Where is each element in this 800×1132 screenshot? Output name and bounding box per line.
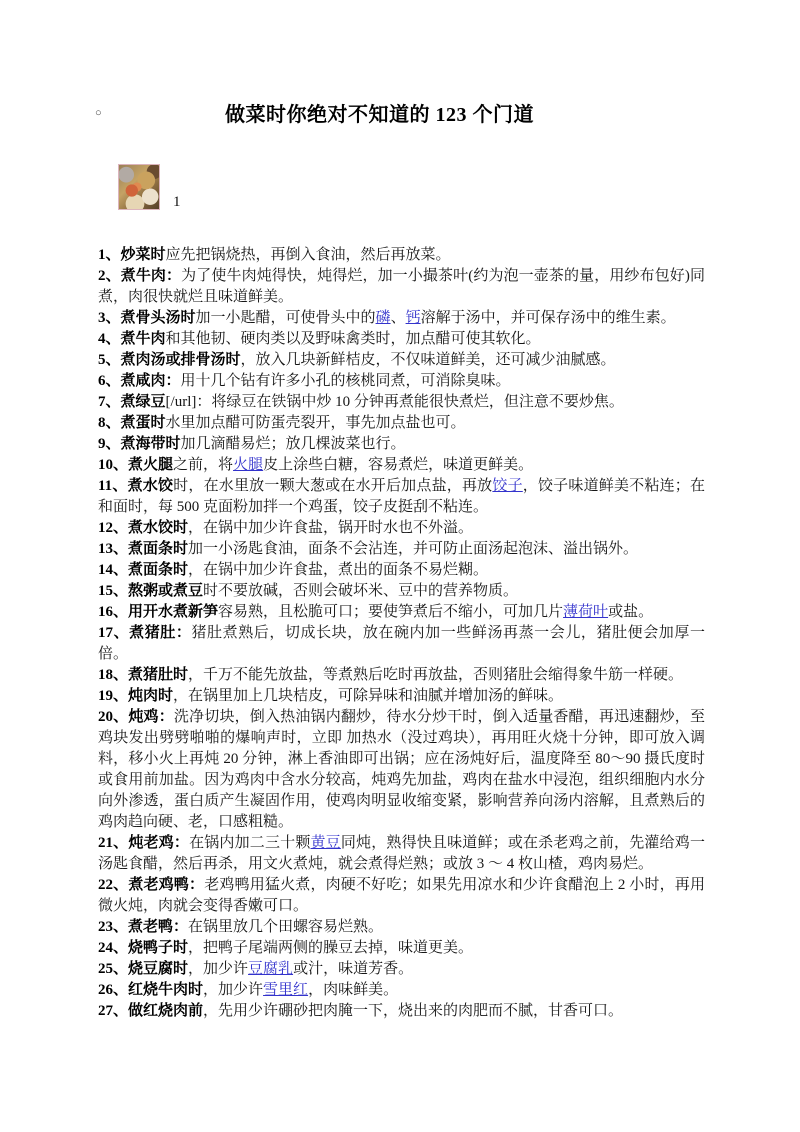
item-text: 为了使牛肉炖得快，炖得烂，加一小撮茶叶(约为泡一壶茶的量，用纱布包好)同煮，肉很…: [98, 268, 705, 305]
list-item: 25、烧豆腐时，加少许豆腐乳或汁，味道芳香。: [98, 959, 705, 980]
list-bullet-icon: ○: [95, 108, 102, 119]
item-keyword: 煮猪肚：: [129, 625, 191, 641]
list-item: 13、煮面条时加一小汤匙食油，面条不会沾连，并可防止面汤起泡沫、溢出锅外。: [98, 539, 705, 560]
item-text: 加一小匙醋，可使骨头中的: [196, 310, 376, 326]
item-number: 27、: [98, 1003, 128, 1019]
item-number: 2、: [98, 268, 121, 284]
item-keyword: 煮海带时: [121, 436, 181, 452]
item-number: 12、: [98, 520, 128, 536]
item-keyword: 煮老鸡鸭：: [128, 877, 204, 893]
item-number: 14、: [98, 562, 128, 578]
list-item: 9、煮海带时加几滴醋易烂；放几棵波菜也行。: [98, 434, 705, 455]
item-keyword: 做红烧肉前: [128, 1003, 203, 1019]
item-number: 21、: [98, 835, 128, 851]
inline-link[interactable]: 豆腐乳: [248, 961, 293, 977]
item-text: [/url]：将绿豆在铁锅中炒 10 分钟再煮能很快煮烂，但注意不要炒焦。: [166, 394, 624, 410]
item-text: 应先把锅烧热，再倒入食油，然后再放菜。: [166, 247, 451, 263]
list-item: 22、煮老鸡鸭：老鸡鸭用猛火煮，肉硬不好吃；如果先用凉水和少许食醋泡上 2 小时…: [98, 875, 705, 917]
item-text: 或汁，味道芳香。: [293, 961, 413, 977]
item-number: 10、: [98, 457, 128, 473]
item-text: 在锅里放几个田螺容易烂熟。: [188, 919, 383, 935]
list-item: 18、煮猪肚时，千万不能先放盐，等煮熟后吃时再放盐，否则猪肚会缩得象牛筋一样硬。: [98, 665, 705, 686]
item-number: 8、: [98, 415, 121, 431]
list-item: 14、煮面条时，在锅中加少许食盐，煮出的面条不易烂糊。: [98, 560, 705, 581]
item-text: 容易熟，且松脆可口；要使笋煮后不缩小，可加几片: [218, 604, 563, 620]
item-text: 溶解于汤中，并可保存汤中的维生素。: [421, 310, 676, 326]
inline-link[interactable]: 雪里红: [263, 982, 308, 998]
item-text: 之前，将: [173, 457, 233, 473]
list-item: 23、煮老鸭：在锅里放几个田螺容易烂熟。: [98, 917, 705, 938]
item-text: ，在锅中加少许食盐，锅开时水也不外溢。: [188, 520, 473, 536]
list-item: 24、烧鸭子时，把鸭子尾端两侧的臊豆去掉，味道更美。: [98, 938, 705, 959]
item-text: 、: [391, 310, 406, 326]
item-text: ，先用少许硼砂把肉腌一下，烧出来的肉肥而不腻，甘香可口。: [203, 1003, 623, 1019]
item-number: 25、: [98, 961, 128, 977]
item-number: 1、: [98, 247, 121, 263]
item-keyword: 煮水饺: [128, 478, 174, 494]
list-item: 26、红烧牛肉时，加少许雪里红，肉味鲜美。: [98, 980, 705, 1001]
inline-link[interactable]: 火腿: [233, 457, 263, 473]
inline-link[interactable]: 黄豆: [311, 835, 341, 851]
item-text: ，加少许: [203, 982, 263, 998]
item-keyword: 炖老鸡：: [128, 835, 189, 851]
figure-block: 1: [118, 162, 800, 210]
list-item: 7、煮绿豆[/url]：将绿豆在铁锅中炒 10 分钟再煮能很快煮烂，但注意不要炒…: [98, 392, 705, 413]
item-keyword: 炖肉时: [128, 688, 173, 704]
list-item: 15、熬粥或煮豆时不要放碱，否则会破坏米、豆中的营养物质。: [98, 581, 705, 602]
item-text: 加几滴醋易烂；放几棵波菜也行。: [181, 436, 406, 452]
item-number: 15、: [98, 583, 128, 599]
item-keyword: 煮水饺时: [128, 520, 188, 536]
list-item: 3、煮骨头汤时加一小匙醋，可使骨头中的磷、钙溶解于汤中，并可保存汤中的维生素。: [98, 308, 705, 329]
item-number: 5、: [98, 352, 121, 368]
item-keyword: 煮绿豆: [121, 394, 166, 410]
item-text: ，千万不能先放盐，等煮熟后吃时再放盐，否则猪肚会缩得象牛筋一样硬。: [188, 667, 683, 683]
figure-caption: 1: [173, 195, 181, 210]
item-keyword: 煮牛肉：: [121, 268, 181, 284]
item-number: 9、: [98, 436, 121, 452]
item-text: 皮上涂些白糖，容易煮烂，味道更鲜美。: [263, 457, 533, 473]
list-item: 11、煮水饺时，在水里放一颗大葱或在水开后加点盐，再放饺子，饺子味道鲜美不粘连；…: [98, 476, 705, 518]
list-item: 17、煮猪肚：猪肚煮熟后，切成长块，放在碗内加一些鲜汤再蒸一会儿，猪肚便会加厚一…: [98, 623, 705, 665]
item-number: 18、: [98, 667, 128, 683]
item-keyword: 用开水煮新笋: [128, 604, 218, 620]
list-item: 20、炖鸡：洗净切块，倒入热油锅内翻炒，待水分炒干时，倒入适量香醋，再迅速翻炒，…: [98, 707, 705, 833]
item-number: 7、: [98, 394, 121, 410]
item-number: 26、: [98, 982, 128, 998]
item-text: ，在锅里加上几块桔皮，可除异味和油腻并增加汤的鲜味。: [173, 688, 563, 704]
item-text: 洗净切块，倒入热油锅内翻炒，待水分炒干时，倒入适量香醋，再迅速翻炒，至鸡块发出劈…: [98, 709, 705, 830]
item-text: 和其他韧、硬肉类以及野味禽类时，加点醋可使其软化。: [166, 331, 541, 347]
item-text: 加一小汤匙食油，面条不会沾连，并可防止面汤起泡沫、溢出锅外。: [188, 541, 638, 557]
item-number: 20、: [98, 709, 128, 725]
item-keyword: 煮猪肚时: [128, 667, 188, 683]
item-number: 13、: [98, 541, 128, 557]
list-item: 5、煮肉汤或排骨汤时，放入几块新鲜桔皮，不仅味道鲜美，还可减少油腻感。: [98, 350, 705, 371]
list-item: 10、煮火腿之前，将火腿皮上涂些白糖，容易煮烂，味道更鲜美。: [98, 455, 705, 476]
item-keyword: 煮面条时: [128, 541, 188, 557]
item-number: 23、: [98, 919, 128, 935]
item-number: 17、: [98, 625, 129, 641]
item-number: 22、: [98, 877, 128, 893]
item-text: ，在锅中加少许食盐，煮出的面条不易烂糊。: [188, 562, 488, 578]
item-keyword: 煮面条时: [128, 562, 188, 578]
item-keyword: 煮肉汤或排骨汤时: [121, 352, 241, 368]
item-text: 用十几个钻有许多小孔的核桃同煮，可消除臭味。: [181, 373, 511, 389]
page-title: 做菜时你绝对不知道的 123 个门道: [225, 0, 800, 128]
item-number: 4、: [98, 331, 121, 347]
food-photo-thumbnail: [118, 164, 160, 210]
item-text: 时，在水里放一颗大葱或在水开后加点盐，再放: [173, 478, 492, 494]
item-text: 或盐。: [608, 604, 653, 620]
item-number: 6、: [98, 373, 121, 389]
item-text: 时不要放碱，否则会破坏米、豆中的营养物质。: [203, 583, 518, 599]
item-keyword: 烧豆腐时: [128, 961, 188, 977]
list-item: 8、煮蛋时水里加点醋可防蛋壳裂开，事先加点盐也可。: [98, 413, 705, 434]
inline-link[interactable]: 薄荷叶: [563, 604, 608, 620]
item-text: 水里加点醋可防蛋壳裂开，事先加点盐也可。: [166, 415, 466, 431]
list-item: 21、炖老鸡：在锅内加二三十颗黄豆同炖，熟得快且味道鲜；或在杀老鸡之前，先灌给鸡…: [98, 833, 705, 875]
list-item: 12、煮水饺时，在锅中加少许食盐，锅开时水也不外溢。: [98, 518, 705, 539]
item-keyword: 烧鸭子时: [128, 940, 188, 956]
item-keyword: 煮蛋时: [121, 415, 166, 431]
inline-link[interactable]: 磷: [376, 310, 391, 326]
item-text: ，放入几块新鲜桔皮，不仅味道鲜美，还可减少油腻感。: [241, 352, 616, 368]
list-item: 4、煮牛肉和其他韧、硬肉类以及野味禽类时，加点醋可使其软化。: [98, 329, 705, 350]
list-item: 2、煮牛肉：为了使牛肉炖得快，炖得烂，加一小撮茶叶(约为泡一壶茶的量，用纱布包好…: [98, 266, 705, 308]
item-number: 24、: [98, 940, 128, 956]
document-page: ○ 做菜时你绝对不知道的 123 个门道 1 1、炒菜时应先把锅烧热，再倒入食油…: [0, 0, 800, 1132]
item-keyword: 煮火腿: [128, 457, 173, 473]
item-keyword: 熬粥或煮豆: [128, 583, 203, 599]
list-item: 16、用开水煮新笋容易熟，且松脆可口；要使笋煮后不缩小，可加几片薄荷叶或盐。: [98, 602, 705, 623]
item-number: 3、: [98, 310, 121, 326]
tips-list: 1、炒菜时应先把锅烧热，再倒入食油，然后再放菜。2、煮牛肉：为了使牛肉炖得快，炖…: [98, 245, 705, 1022]
item-number: 16、: [98, 604, 128, 620]
item-text: 在锅内加二三十颗: [189, 835, 310, 851]
item-keyword: 煮咸肉：: [121, 373, 181, 389]
list-item: 19、炖肉时，在锅里加上几块桔皮，可除异味和油腻并增加汤的鲜味。: [98, 686, 705, 707]
item-keyword: 煮牛肉: [121, 331, 166, 347]
item-number: 19、: [98, 688, 128, 704]
item-keyword: 红烧牛肉时: [128, 982, 203, 998]
item-keyword: 炖鸡：: [128, 709, 174, 725]
item-keyword: 煮老鸭：: [128, 919, 188, 935]
inline-link[interactable]: 钙: [406, 310, 421, 326]
list-item: 27、做红烧肉前，先用少许硼砂把肉腌一下，烧出来的肉肥而不腻，甘香可口。: [98, 1001, 705, 1022]
item-text: ，肉味鲜美。: [308, 982, 398, 998]
item-number: 11、: [98, 478, 128, 494]
item-keyword: 煮骨头汤时: [121, 310, 196, 326]
item-text: ，把鸭子尾端两侧的臊豆去掉，味道更美。: [188, 940, 473, 956]
list-item: 1、炒菜时应先把锅烧热，再倒入食油，然后再放菜。: [98, 245, 705, 266]
item-keyword: 炒菜时: [121, 247, 166, 263]
item-text: ，加少许: [188, 961, 248, 977]
inline-link[interactable]: 饺子: [492, 478, 522, 494]
list-item: 6、煮咸肉：用十几个钻有许多小孔的核桃同煮，可消除臭味。: [98, 371, 705, 392]
